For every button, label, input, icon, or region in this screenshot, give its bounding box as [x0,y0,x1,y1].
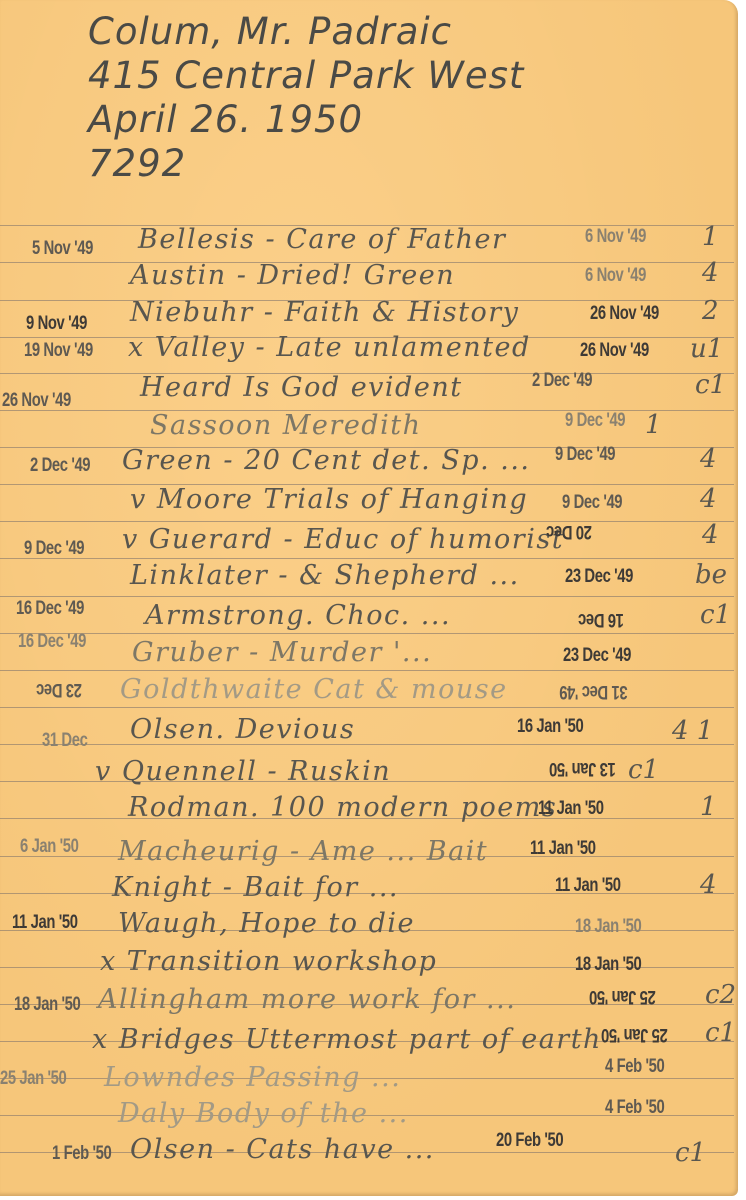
book-title: v Guerard - Educ of humorist [122,524,564,555]
borrower-name: Colum, Mr. Padraic [88,10,524,54]
return-mark: c1 [695,370,726,400]
return-mark: c1 [705,1018,736,1048]
book-title: x Bridges Uttermost part of earth [92,1024,602,1055]
date-out-stamp: 18 Jan '50 [14,994,80,1016]
return-mark: 2 [702,296,719,326]
card-date: April 26. 1950 [88,98,524,142]
book-title: Armstrong. Choc. ... [145,600,451,631]
date-back-stamp: 4 Feb '50 [605,1097,664,1119]
date-out-stamp: 26 Nov '49 [2,390,71,412]
book-title: Gruber - Murder '... [132,637,432,668]
library-index-card: Colum, Mr. Padraic 415 Central Park West… [0,0,738,1196]
date-back-stamp: 11 Jan '50 [530,838,596,860]
date-back-stamp: 9 Dec '49 [562,492,622,514]
date-back-stamp: 16 Jan '50 [517,716,583,738]
date-back-stamp: 25 Jan '50 [601,1023,667,1045]
book-title: Waugh, Hope to die [118,908,415,939]
date-back-stamp: 9 Dec '49 [555,444,615,466]
date-back-stamp: 23 Dec '49 [563,645,631,667]
date-out-stamp: 16 Dec '49 [16,598,84,620]
book-title: Green - 20 Cent det. Sp. ... [122,445,530,476]
book-title: Rodman. 100 modern poems [128,792,557,823]
book-title: v Moore Trials of Hanging [130,484,528,515]
rule-line [0,744,734,745]
date-back-stamp: 18 Jan '50 [575,954,641,976]
card-number: 7292 [88,142,524,186]
date-back-stamp: 16 Dec [578,608,623,630]
date-back-stamp: 13 Jan '50 [549,757,615,779]
date-back-stamp: 25 Jan '50 [589,985,655,1007]
date-back-stamp: 11 Jan '50 [538,798,604,820]
return-mark: 4 [702,520,719,550]
rule-line [0,633,734,634]
book-title: Daly Body of the ... [118,1098,409,1129]
return-mark: c2 [705,980,736,1010]
rule-line [0,521,734,522]
return-mark: 1 [645,410,662,440]
date-back-stamp: 2 Dec '49 [532,370,592,392]
book-title: Goldthwaite Cat & mouse [120,674,508,705]
date-out-stamp: 6 Jan '50 [20,836,79,858]
date-out-stamp: 31 Dec [42,730,87,752]
date-back-stamp: 11 Jan '50 [555,875,621,897]
date-back-stamp: 18 Jan '50 [575,916,641,938]
return-mark: 1 [702,222,719,252]
book-title: Niebuhr - Faith & History [130,297,519,328]
book-title: Olsen - Cats have ... [130,1134,435,1165]
book-title: v Quennell - Ruskin [95,756,391,787]
date-out-stamp: 9 Nov '49 [26,313,87,335]
date-back-stamp: 9 Dec '49 [565,410,625,432]
book-title: Linklater - & Shepherd ... [130,560,520,591]
book-title: Macheurig - Ame ... Bait [118,836,488,867]
date-out-stamp: 9 Dec '49 [24,538,84,560]
book-title: Sassoon Meredith [150,410,421,441]
date-out-stamp: 5 Nov '49 [32,238,93,260]
card-header: Colum, Mr. Padraic 415 Central Park West… [88,10,524,186]
date-out-stamp: 2 Dec '49 [30,455,90,477]
book-title: Allingham more work for ... [98,984,516,1015]
rule-line [0,558,734,559]
return-mark: u1 [690,334,723,364]
book-title: Austin - Dried! Green [130,260,455,291]
book-title: Olsen. Devious [130,714,355,745]
date-back-stamp: 6 Nov '49 [585,226,646,248]
date-out-stamp: 25 Jan '50 [0,1068,66,1090]
book-title: x Valley - Late unlamented [128,332,531,363]
return-mark: be [695,560,727,590]
rule-line [0,670,734,671]
date-back-stamp: 26 Nov '49 [580,340,649,362]
return-mark: c1 [700,600,731,630]
date-out-stamp: 11 Jan '50 [12,912,78,934]
book-title: Heard Is God evident [140,372,463,403]
date-back-stamp: 4 Feb '50 [605,1056,664,1078]
book-title: Bellesis - Care of Father [138,224,506,255]
return-mark: 4 [700,444,717,474]
book-title: Lowndes Passing ... [104,1062,401,1093]
rule-line [0,707,734,708]
date-out-stamp: 19 Nov '49 [24,340,93,362]
book-title: x Transition workshop [100,946,437,977]
date-back-stamp: 20 Dec [546,520,591,542]
date-back-stamp: 26 Nov '49 [590,303,659,325]
return-mark: 4 [700,484,717,514]
date-out-stamp: 16 Dec '49 [18,631,86,653]
return-mark: 4 1 [672,716,713,746]
return-mark: 4 [702,258,719,288]
date-back-stamp: 20 Feb '50 [496,1130,563,1152]
rule-line [0,596,734,597]
return-mark: c1 [675,1138,706,1168]
date-back-stamp: 31 Dec '49 [560,680,628,702]
date-back-stamp: 6 Nov '49 [585,265,646,287]
return-mark: 4 [700,870,717,900]
date-out-stamp: 1 Feb '50 [52,1143,111,1165]
date-back-stamp: 23 Dec '49 [565,566,633,588]
book-title: Knight - Bait for ... [112,872,399,903]
return-mark: 1 [700,792,717,822]
borrower-address: 415 Central Park West [88,54,524,98]
date-out-stamp: 23 Dec [36,678,81,700]
return-mark: c1 [628,755,659,785]
